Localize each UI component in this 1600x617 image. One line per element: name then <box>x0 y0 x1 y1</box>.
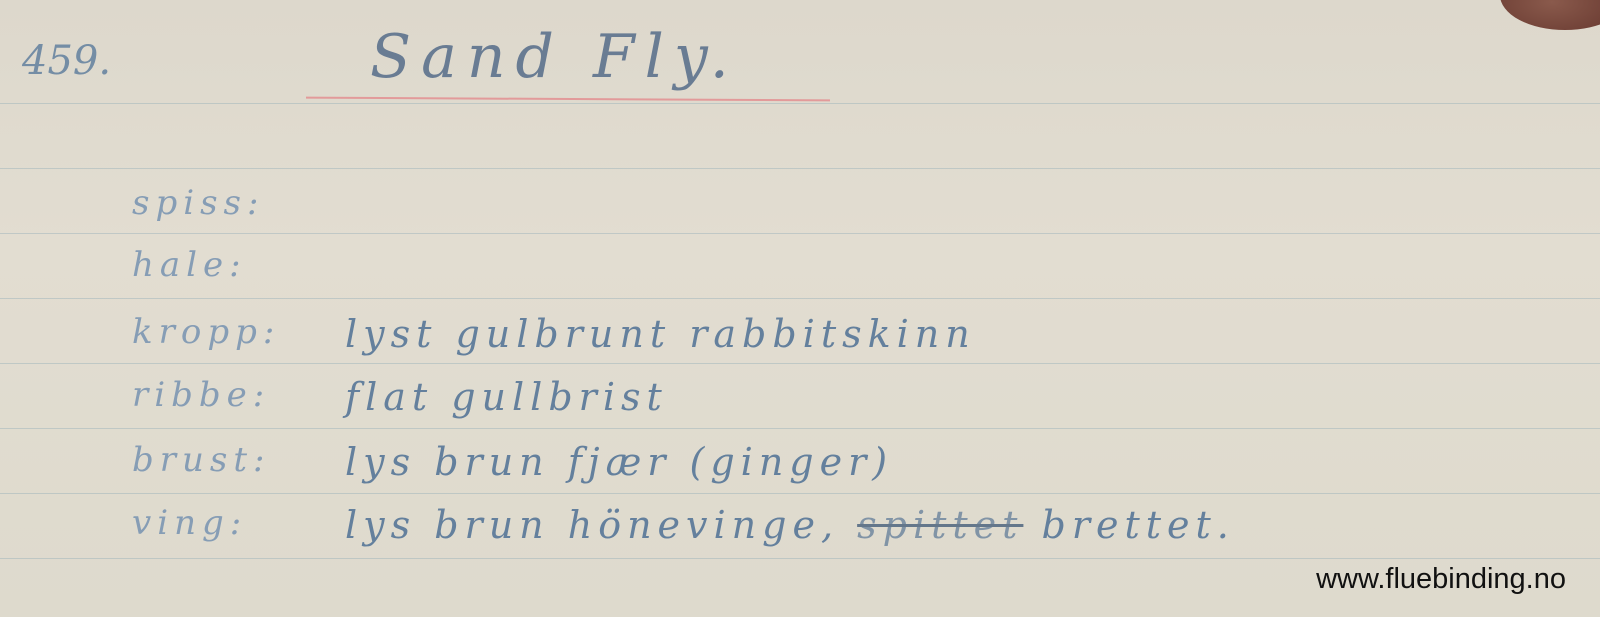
row-label: spiss: <box>132 183 264 223</box>
page-title: Sand Fly. <box>370 22 739 92</box>
row-value: flat gullbrist <box>345 375 668 419</box>
row-value: lyst gulbrunt rabbitskinn <box>345 312 976 356</box>
row-value: lys brun fjær (ginger) <box>345 440 893 484</box>
recipe-row-ving: ving: lys brun hönevinge, spittet brette… <box>0 503 1600 563</box>
row-label: ving: <box>132 503 247 543</box>
struck-out-word: spittet <box>857 503 1023 547</box>
row-value-main: lys brun hönevinge, <box>345 503 839 547</box>
row-label: kropp: <box>132 312 280 352</box>
row-value: lys brun hönevinge, spittet brettet. <box>345 503 1235 547</box>
recipe-row-hale: hale: <box>0 245 1600 305</box>
row-label: brust: <box>132 440 270 480</box>
recipe-row-brust: brust: lys brun fjær (ginger) <box>0 440 1600 500</box>
recipe-row-spiss: spiss: <box>0 183 1600 243</box>
thumb-in-corner <box>1500 0 1600 30</box>
watermark-url: www.fluebinding.no <box>1316 563 1566 596</box>
row-label: ribbe: <box>132 375 270 415</box>
row-value-correction: brettet. <box>1042 503 1235 547</box>
title-underline <box>306 97 830 102</box>
ruled-line <box>0 168 1600 169</box>
recipe-row-kropp: kropp: lyst gulbrunt rabbitskinn <box>0 312 1600 372</box>
notebook-page: 459. Sand Fly. spiss: hale: kropp: lyst … <box>0 0 1600 617</box>
ruled-line <box>0 103 1600 104</box>
entry-number: 459. <box>22 38 111 84</box>
recipe-row-ribbe: ribbe: flat gullbrist <box>0 375 1600 435</box>
row-label: hale: <box>132 245 247 285</box>
